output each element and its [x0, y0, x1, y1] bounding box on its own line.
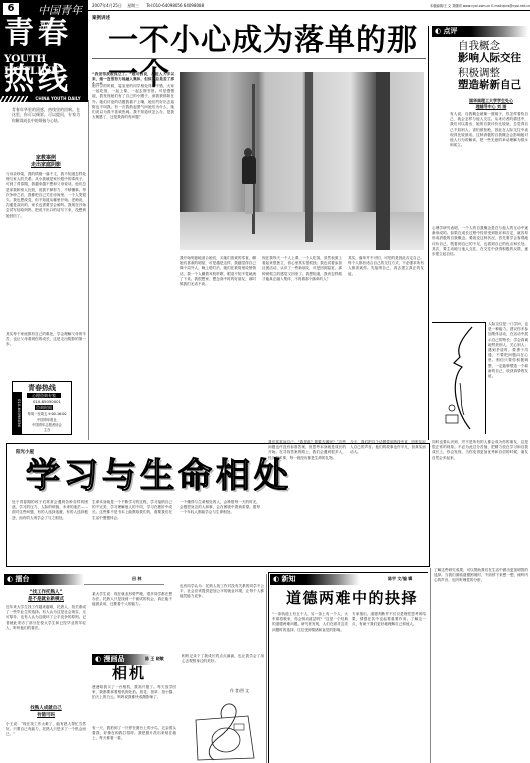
commentary-h1-line2: 影响人际交往 [458, 52, 530, 64]
commentary-body: 有人说，自我概念就像一面镜子，你怎样看待自己，就会怎样与他人交往。从来访者的描述… [450, 112, 528, 232]
commentary-section-label: 点评 [444, 27, 458, 35]
main-col1: 刚开学的时候，寝室里的同学相处得还不错，大家一起吃饭、一起上课、一起去图书馆。可… [92, 84, 174, 434]
hotline-title: 青春热线 [15, 383, 69, 393]
bottom-mid-col2: 相机记录下了我成长的点点滴滴，也让我学会了用心去观察身边的美好。 [182, 654, 264, 686]
comment-icon: ◐ [435, 27, 441, 35]
face-silhouette-icon [432, 323, 486, 435]
left-title-line1: 家教案例 [8, 155, 84, 162]
bottom-right-col2: 专家指出，道德判断并不仅仅是理性思考的结果，情感在其中也起着重要作用。了解这一点… [352, 612, 426, 762]
bottom-left-subtitle: 找熟人成就自己 有错可吗 [8, 706, 84, 719]
commentary-byline: 国华南理工大学学生处心 理辅导中心 刘 丽 [455, 98, 527, 110]
header-website: www.cyol.com.cn [463, 4, 491, 8]
bottom-left-title: “找工作托熟人” 是不是就业新模式 [6, 590, 86, 603]
far-right-divider [430, 568, 431, 763]
feature-headline: 学习与生命相处 [26, 456, 406, 496]
left-divider [88, 100, 89, 440]
feature-col1: 处于青春期的孩子们常常会遇到各种各样的困惑，学习的压力、人际的烦恼、未来的迷茫…… [12, 500, 88, 564]
section-masthead: 6 中国青年报 青春 YOUTH HOTLINE 热线 [0, 0, 88, 100]
bottom-left-col2: 某大学生说：现在就业形势严峻，很多同学都在想办法。托熟人只是找到一个面试的机会，… [92, 592, 172, 652]
main-col3: 现在我每天一个人上课、一个人吃饭，虽然表面上看起来很独立，但心里其实很孤独。我也… [262, 256, 342, 436]
header-right: 本版编辑/王 文 刘继明 www.cyol.com.cn E-mail:qcrx… [388, 2, 530, 10]
bottom-left-col3: 也有同学认为：托熟人找工作对没有关系的同学不公平，社会应该提供更加公平的就业环境… [180, 584, 264, 654]
feature-col2: 生命本身就是一个不断学习的过程。学习接纳自己的不完美，学习理解他人的不同，学习在… [92, 500, 172, 564]
commentary-body4: 同时也要认识到，并不是所有的人都会成为你的朋友，这是很正常的现象。不必为此过分苦… [432, 440, 528, 564]
commentary-headline-2: 积极调整 塑造崭新自己 [458, 67, 530, 91]
hotline-org-label: 心理咨询专家 [27, 393, 61, 398]
bottom-mid-byline: 陈 王 晓敏 [145, 656, 164, 662]
feature-col5: 今天，我们把这个话题带到热线中来，听听年轻人自己的声音。他们的故事也许平凡，但真… [350, 440, 426, 562]
left-article-body2: 其实每个家庭都有自己的难处，学会理解父母的辛苦，也让父母看到你的成长，这是走出阴… [6, 332, 86, 372]
bottom-left-section-tag: ◐ 擂台 [4, 574, 84, 585]
bottom-left-body2: 小王说：“现在找工作太难了，能有熟人帮忙当然好。只要自己有能力，托熟人只是多了一… [6, 722, 86, 762]
page-number: 6 [3, 3, 19, 15]
bottom-mid-body2: 有一天，我拍到了一只停在窗台上的小鸟，它歪着头看我，好像在和我打招呼。我把照片洗… [92, 726, 176, 763]
right-divider [428, 26, 429, 440]
commentary-section-tag: ◐ 点评 [432, 26, 528, 37]
hotline-org3: 主办 [25, 427, 69, 432]
bottom-right-body: “一条轨道上有五个人，另一条上有一个人，火车即将驶来，你会扳动道岔吗？”这是一个… [272, 612, 348, 762]
header-weekday: 星期三 [127, 3, 139, 8]
hotline-vertical-phone: 010-64098056 [13, 392, 22, 434]
main-kicker: 案例讲述 [92, 15, 110, 21]
commentary-h1-line1: 自我概念 [458, 40, 530, 52]
sub-banner: CHINA YOUTH DAILY [28, 96, 88, 102]
bottom-mid-section-label: 漫画品 [104, 655, 125, 663]
bottom-left-subtitle-line2: 有错可吗 [8, 713, 84, 720]
section-title-bottom: 热线 [4, 64, 72, 96]
main-photo [180, 72, 424, 250]
main-lead: “我觉得我被孤立了。”她对我说，从进入大学以来，她一直很努力地融入集体，但似乎总… [92, 72, 174, 84]
comic-icon: ◐ [95, 655, 101, 663]
headline-rule [92, 58, 426, 59]
commentary-h2-line2: 塑造崭新自己 [458, 79, 530, 91]
hotline-box: 青春热线 010-64098056 心理咨询专家 010-85050001 咨询… [12, 381, 72, 435]
hotline-phone[interactable]: 010-85050001 [25, 399, 69, 404]
commentary-h2-line1: 积极调整 [458, 67, 530, 79]
header-date: 2007年4月25日 [92, 3, 122, 8]
header-phone: Tel:010-64098056 64098088 [146, 3, 204, 8]
bottom-mid-divider [266, 574, 267, 763]
section-title-top: 青春 [4, 18, 72, 50]
bottom-right-section-tag: ◐ 新知 [270, 574, 360, 585]
header-rule [88, 10, 530, 11]
bottom-mid-body: 爸爸给我买了一台相机，我高兴极了。每天放学回家，我都要拿着相机到处拍。拍花、拍草… [92, 685, 176, 725]
feature-col4: 我们常常问自己：“我是谁？我要去哪里？”这些问题也许没有标准答案，但思考本身就是… [268, 440, 346, 562]
debate-icon: ◐ [7, 575, 13, 583]
bottom-right-headline: 道德两难中的抉择 [286, 589, 422, 607]
header-editor: 本版编辑/王 文 刘继明 [430, 4, 462, 8]
left-article-title: 家教案例 走出家庭阴影 [8, 155, 84, 169]
bottom-left-body: 近年来大学生找工作越来越难，托熟人、找关系成了一些毕业生的选择。有人认为这是社会… [6, 605, 86, 700]
commentary-body2: 心理学研究表明，一个人的自我概念是在与他人的互动中逐渐形成的。如果在成长过程中经… [432, 226, 528, 320]
hotline-hours: 每周一至周五 9:00-16:00 [25, 411, 69, 416]
knowledge-icon: ◐ [273, 575, 279, 583]
bottom-left-title-line2: 是不是就业新模式 [6, 597, 86, 604]
commentary-body3: 人际交往是一门学问，也是一种能力。建议你多参加集体活动，在活动中展示自己的特长；… [488, 322, 528, 436]
bottom-mid-headline: 相机 [112, 664, 146, 682]
bottom-left-section-label: 擂台 [16, 575, 30, 583]
masthead-intro: 青春年华里的困惑，热线里的回响。在这里，你可以倾诉，可以提问，专家为你解读成长中… [12, 107, 80, 137]
feature-kicker: 阳光小屋 [16, 449, 34, 455]
commentary-byline-line2: 理辅导中心 刘 丽 [455, 104, 527, 110]
left-article-body: 与母亲吵架，我的情绪一落千丈，我不知道怎样处理与家人的关系。从小我就是家长眼中的… [6, 172, 86, 352]
main-col4: 其实，落单并不可怕，可怕的是因此否定自己。每个人都有适合自己的交往方式，不必强求… [348, 256, 424, 436]
header-email: E-mail:qcrx@cyol.net.cn [491, 4, 530, 8]
bottom-left-byline: 田 林 [132, 576, 141, 582]
bottom-far-right: 了解这些研究成果，可以帮助我们在生活中做出更加明智的选择。当我们面临道德困境时，… [434, 568, 528, 763]
commentary-headline-1: 自我概念 影响人际交往 [458, 40, 530, 64]
bottom-right-byline: 陈宇 文/编 辑 [388, 576, 412, 582]
hotline-time-label: 咨询时间 [35, 405, 53, 410]
feature-col3: 一个懂得与生命相处的人，会珍惜每一天的时光，会感恩身边的人和事，会在困境中看到希… [180, 500, 260, 564]
bottom-mid-byline2: 作 者/图 文 [230, 688, 249, 694]
photo-person [242, 156, 256, 184]
camera-illustration [188, 698, 264, 762]
left-title-line2: 走出家庭阴影 [8, 162, 84, 169]
bottom-left-rule [84, 584, 164, 585]
bottom-right-section-label: 新知 [282, 575, 296, 583]
cartoon-illustration [432, 322, 486, 434]
main-col2: 我开始刻意地迎合她们，买她们喜欢的零食，聊她们喜欢的明星，可是越是这样，我越觉得… [180, 256, 256, 436]
camera-sketch-icon [188, 698, 264, 762]
